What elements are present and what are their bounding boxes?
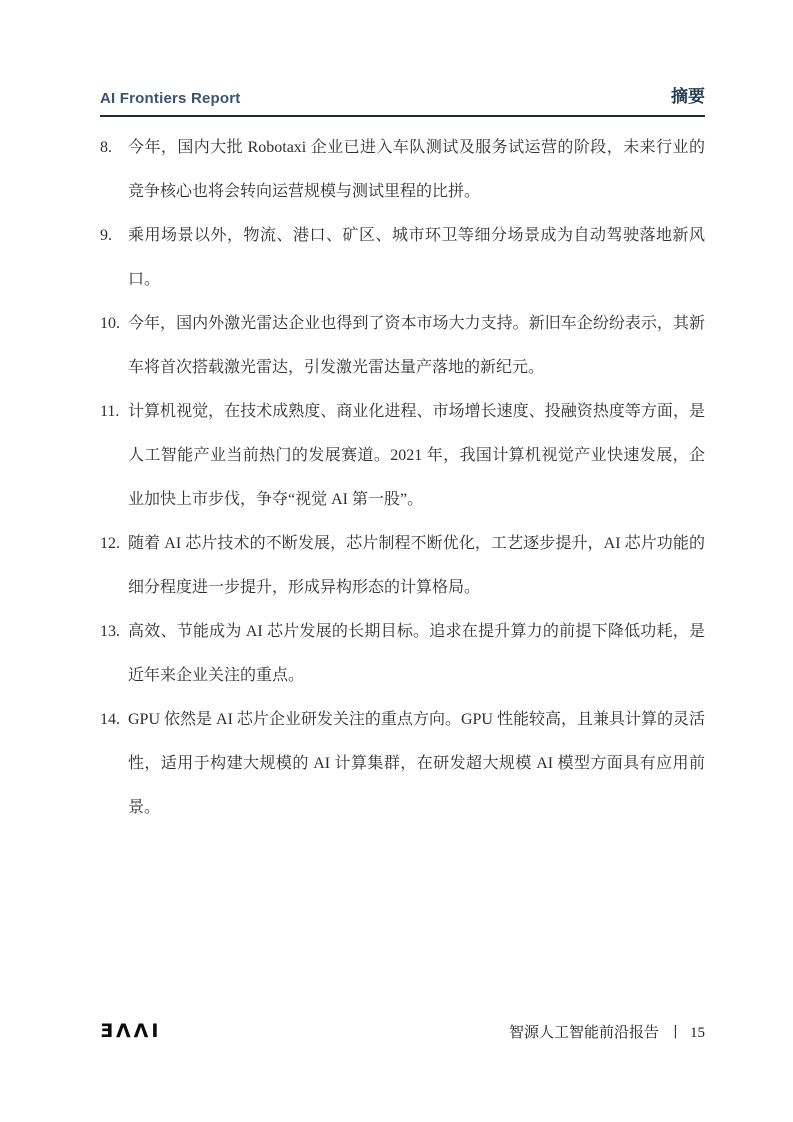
list-item-text: 随着 AI 芯片技术的不断发展，芯片制程不断优化，工艺逐步提升，AI 芯片功能的… — [128, 535, 705, 596]
list-item-text: 计算机视觉，在技术成熟度、商业化进程、市场增长速度、投融资热度等方面，是人工智能… — [128, 403, 705, 508]
list-item-text: 乘用场景以外，物流、港口、矿区、城市环卫等细分场景成为自动驾驶落地新风口。 — [128, 227, 705, 288]
footer-report-name: 智源人工智能前沿报告 — [509, 1025, 659, 1041]
page-footer: ƎΛΛI 智源人工智能前沿报告丨15 — [100, 1020, 705, 1042]
list-item-text: 今年，国内大批 Robotaxi 企业已进入车队测试及服务试运营的阶段，未来行业… — [128, 139, 705, 200]
list-item-number: 8. — [100, 126, 112, 170]
list-item: 11.计算机视觉，在技术成熟度、商业化进程、市场增长速度、投融资热度等方面，是人… — [100, 390, 705, 522]
footer-report-info: 智源人工智能前沿报告丨15 — [509, 1021, 705, 1042]
list-item: 13.高效、节能成为 AI 芯片发展的长期目标。追求在提升算力的前提下降低功耗，… — [100, 610, 705, 698]
list-item-text: GPU 依然是 AI 芯片企业研发关注的重点方向。GPU 性能较高，且兼具计算的… — [128, 711, 705, 816]
report-title: AI Frontiers Report — [100, 90, 240, 107]
baai-logo: ƎΛΛI — [100, 1020, 161, 1042]
summary-list: 8.今年，国内大批 Robotaxi 企业已进入车队测试及服务试运营的阶段，未来… — [100, 126, 705, 830]
section-label: 摘要 — [671, 82, 705, 107]
list-item-text: 今年，国内外激光雷达企业也得到了资本市场大力支持。新旧车企纷纷表示，其新车将首次… — [128, 315, 705, 376]
list-item: 9.乘用场景以外，物流、港口、矿区、城市环卫等细分场景成为自动驾驶落地新风口。 — [100, 214, 705, 302]
list-item-number: 9. — [100, 214, 112, 258]
page-header: AI Frontiers Report 摘要 — [100, 82, 705, 117]
footer-divider: 丨 — [668, 1021, 683, 1042]
list-item-number: 11. — [100, 390, 119, 434]
list-item: 12.随着 AI 芯片技术的不断发展，芯片制程不断优化，工艺逐步提升，AI 芯片… — [100, 522, 705, 610]
list-item: 8.今年，国内大批 Robotaxi 企业已进入车队测试及服务试运营的阶段，未来… — [100, 126, 705, 214]
list-item-number: 12. — [100, 522, 120, 566]
footer-page-number: 15 — [690, 1025, 705, 1041]
list-item: 10.今年，国内外激光雷达企业也得到了资本市场大力支持。新旧车企纷纷表示，其新车… — [100, 302, 705, 390]
list-item-number: 14. — [100, 698, 120, 742]
document-page: AI Frontiers Report 摘要 8.今年，国内大批 Robotax… — [0, 0, 793, 1122]
list-item-number: 13. — [100, 610, 120, 654]
list-item-number: 10. — [100, 302, 120, 346]
list-item: 14.GPU 依然是 AI 芯片企业研发关注的重点方向。GPU 性能较高，且兼具… — [100, 698, 705, 830]
list-item-text: 高效、节能成为 AI 芯片发展的长期目标。追求在提升算力的前提下降低功耗，是近年… — [128, 623, 705, 684]
